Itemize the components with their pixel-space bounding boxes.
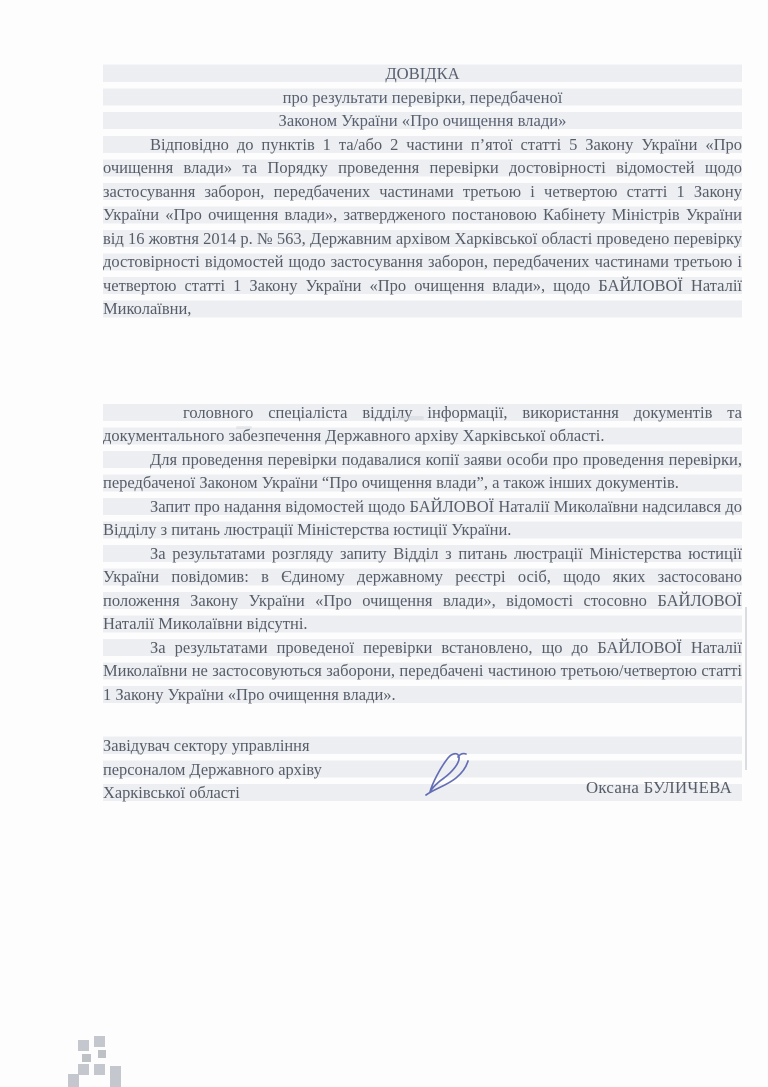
paragraph-conclusion: За результатами проведеної перевірки вст… [103, 636, 742, 707]
scanned-document-page: ДОВІДКА про результати перевірки, передб… [0, 0, 768, 1087]
document-title: ДОВІДКА [103, 62, 742, 86]
document-title-block: ДОВІДКА про результати перевірки, передб… [103, 62, 742, 133]
paragraph-legal-basis: Відповідно до пунктів 1 та/або 2 частини… [103, 133, 742, 321]
paragraph-request-sent: Запит про надання відомостей щодо БАЙЛОВ… [103, 495, 742, 542]
scan-smudge-artifact [236, 426, 252, 429]
scan-pixel-mark-artifact [52, 1036, 124, 1087]
paragraph-submitted-documents: Для проведення перевірки подавалися копі… [103, 448, 742, 495]
document-subtitle-line-2: Законом України «Про очищення влади» [103, 109, 742, 133]
paragraph-registry-result: За результатами розгляду запиту Відділ з… [103, 542, 742, 636]
document-body-block: головного спеціаліста відділу інформації… [103, 401, 742, 707]
document-subtitle-line-1: про результати перевірки, передбаченої [103, 86, 742, 110]
paragraph-position-fragment: головного спеціаліста відділу інформації… [103, 401, 742, 448]
scan-smudge-artifact [398, 416, 424, 420]
document-text-column: ДОВІДКА про результати перевірки, передб… [103, 0, 742, 806]
scan-vertical-line-artifact [745, 607, 747, 770]
signature-row: Завідувач сектору управління персоналом … [103, 734, 742, 806]
signer-name: Оксана БУЛИЧЕВА [586, 778, 732, 798]
handwritten-signature-ink [421, 748, 483, 798]
